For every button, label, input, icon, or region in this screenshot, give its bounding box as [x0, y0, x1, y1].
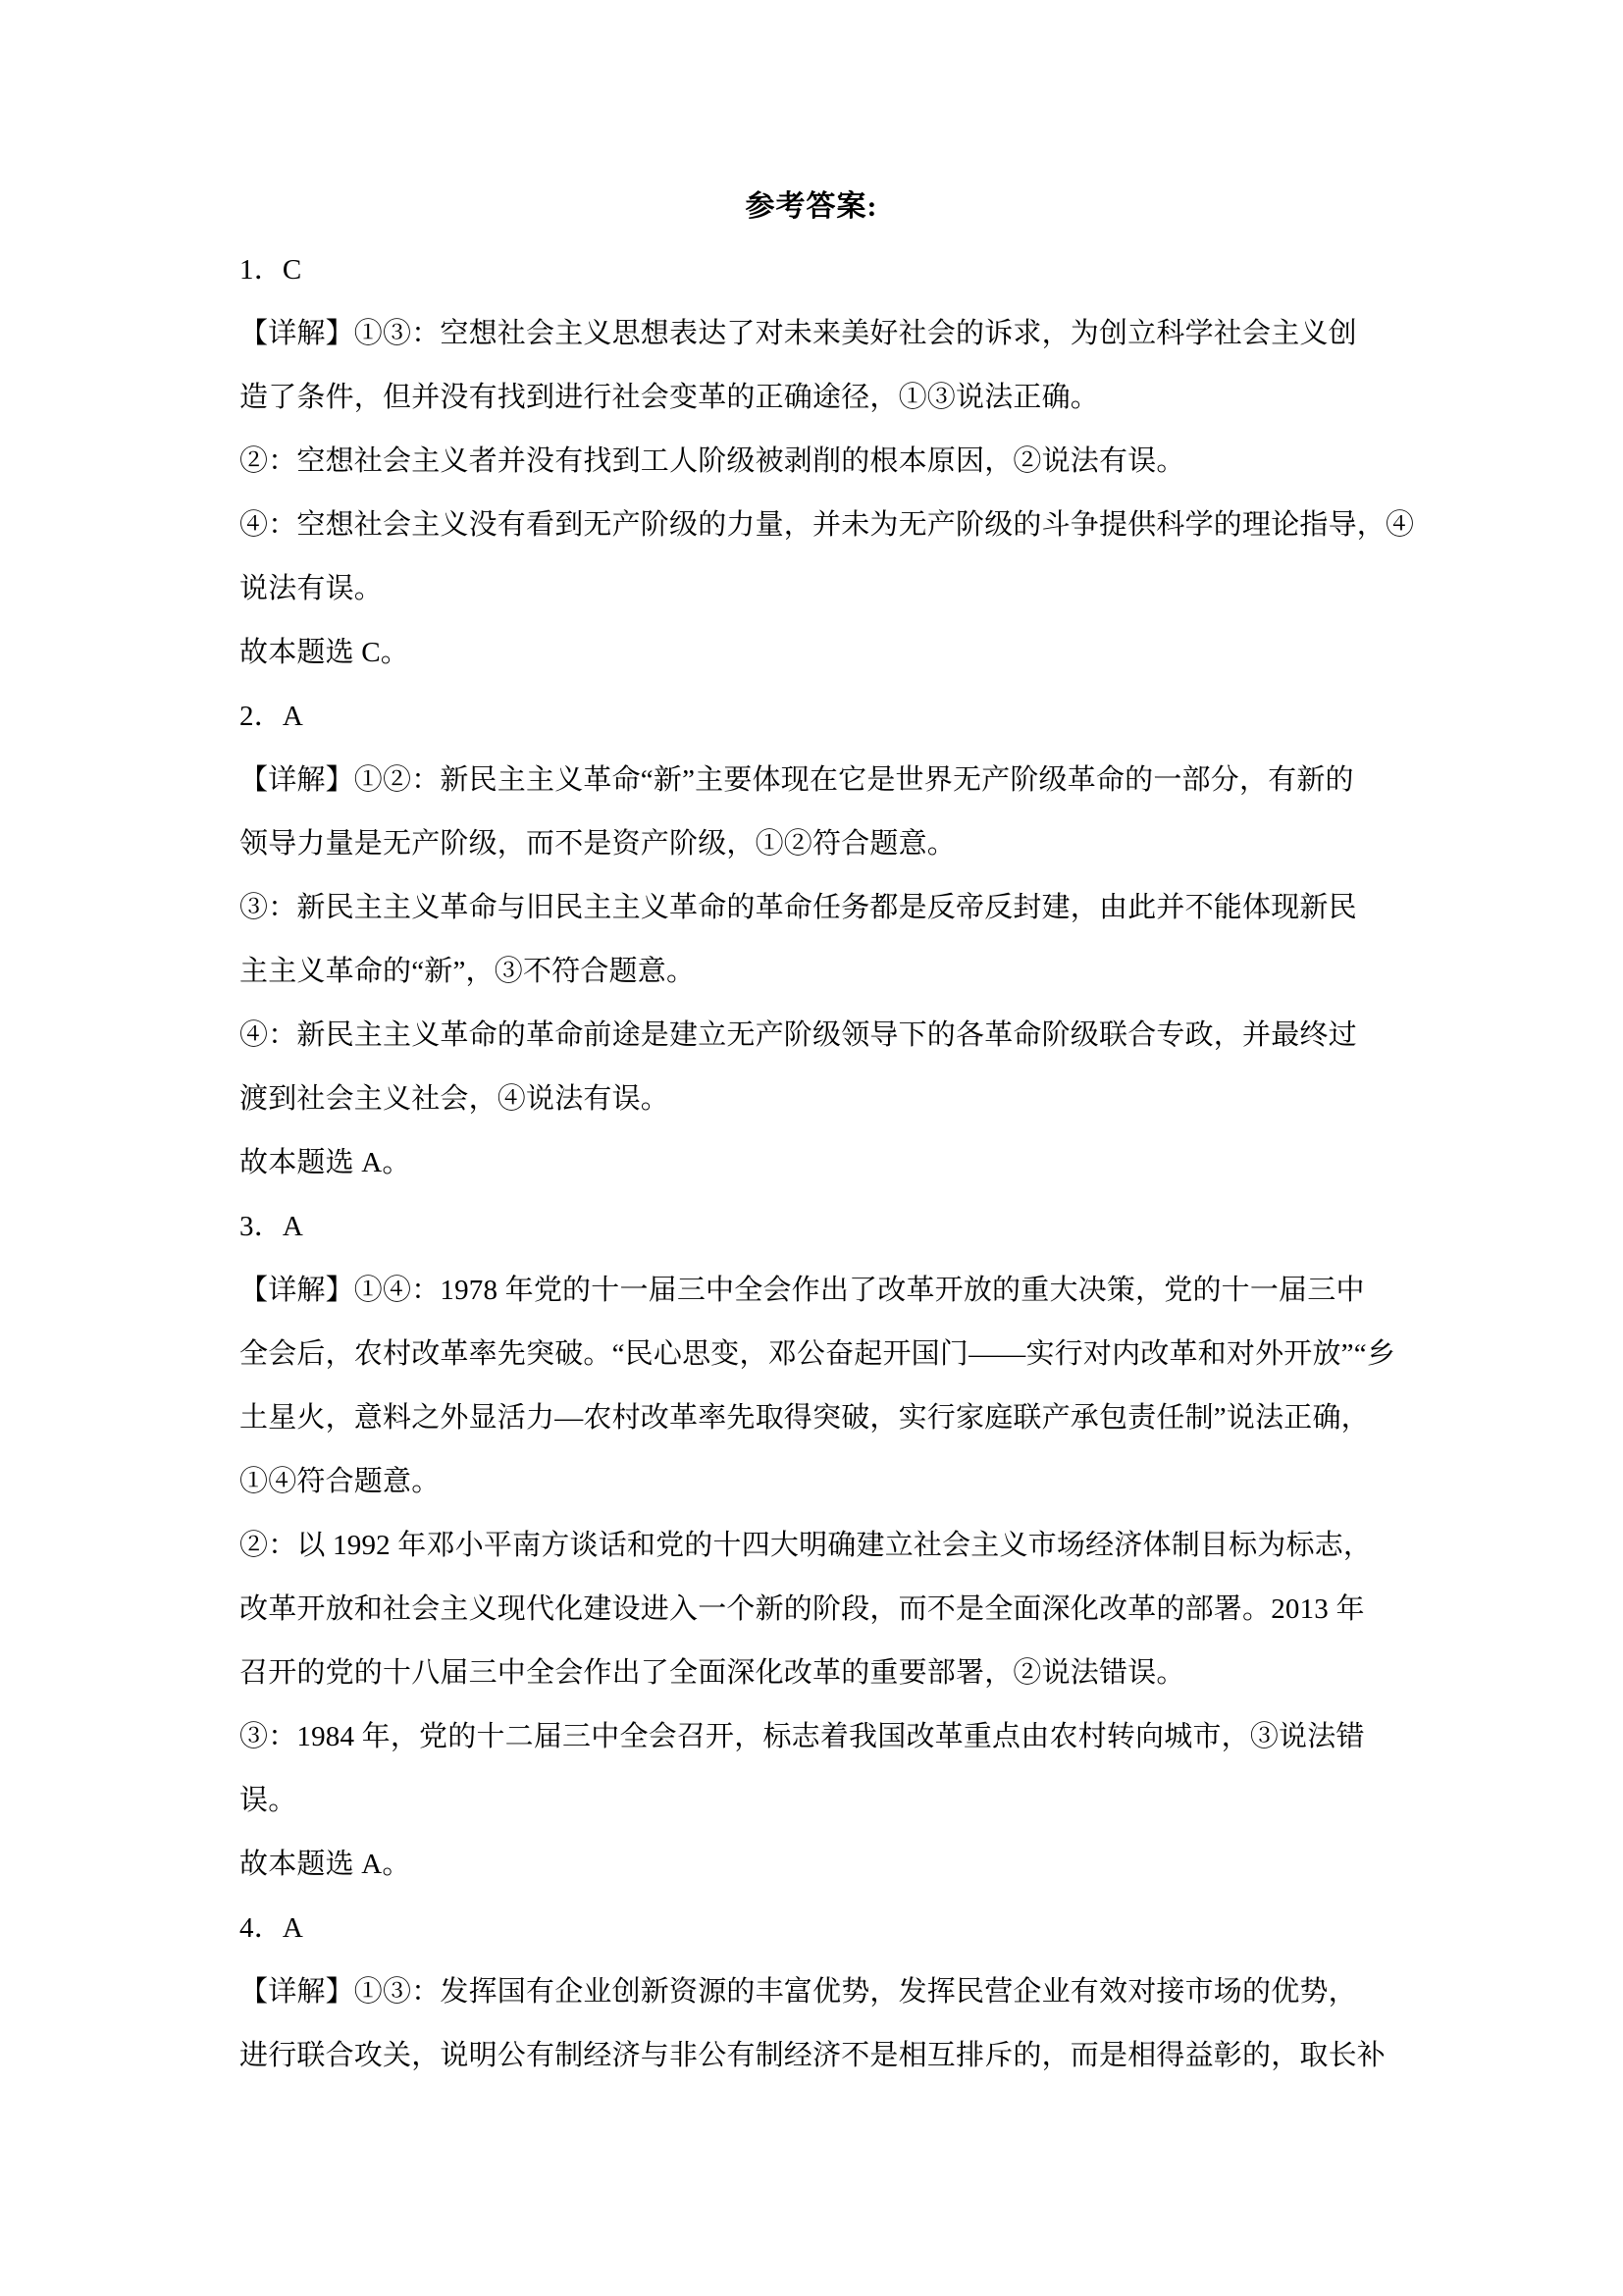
page-title: 参考答案:	[0, 175, 1623, 238]
explanation-line: ①④符合题意。	[239, 1450, 1466, 1514]
explanation-line: 召开的党的十八届三中全会作出了全面深化改革的重要部署，②说法错误。	[239, 1642, 1466, 1705]
explanation-line: ②：以 1992 年邓小平南方谈话和党的十四大明确建立社会主义市场经济体制目标为…	[239, 1514, 1466, 1578]
explanation-line: ④：空想社会主义没有看到无产阶级的力量，并未为无产阶级的斗争提供科学的理论指导，…	[239, 494, 1466, 557]
document-page: 参考答案: 1．C【详解】①③：空想社会主义思想表达了对未来美好社会的诉求，为创…	[0, 0, 1623, 2296]
answer-number: 3．A	[239, 1195, 1466, 1259]
explanation-line: ④：新民主主义革命的革命前途是建立无产阶级领导下的各革命阶级联合专政，并最终过	[239, 1004, 1466, 1068]
explanation-line: 故本题选 C。	[239, 621, 1466, 685]
explanation-line: ③：新民主主义革命与旧民主主义革命的革命任务都是反帝反封建，由此并不能体现新民	[239, 876, 1466, 940]
explanation-line: 【详解】①④：1978 年党的十一届三中全会作出了改革开放的重大决策，党的十一届…	[239, 1259, 1466, 1323]
answer-number: 2．A	[239, 685, 1466, 749]
explanation-line: 【详解】①③：发挥国有企业创新资源的丰富优势，发挥民营企业有效对接市场的优势，	[239, 1960, 1466, 2024]
explanation-line: 【详解】①③：空想社会主义思想表达了对未来美好社会的诉求，为创立科学社会主义创	[239, 302, 1466, 366]
explanation-line: 故本题选 A。	[239, 1833, 1466, 1897]
explanation-line: 土星火，意料之外显活力—农村改革率先取得突破，实行家庭联产承包责任制”说法正确，	[239, 1386, 1466, 1450]
answer-number: 1．C	[239, 238, 1466, 302]
explanation-line: 误。	[239, 1769, 1466, 1833]
explanation-line: 领导力量是无产阶级，而不是资产阶级，①②符合题意。	[239, 812, 1466, 876]
explanation-line: 说法有误。	[239, 557, 1466, 621]
explanation-line: 故本题选 A。	[239, 1131, 1466, 1195]
explanation-line: 主主义革命的“新”，③不符合题意。	[239, 940, 1466, 1004]
explanation-line: 【详解】①②：新民主主义革命“新”主要体现在它是世界无产阶级革命的一部分，有新的	[239, 749, 1466, 812]
explanation-line: ②：空想社会主义者并没有找到工人阶级被剥削的根本原因，②说法有误。	[239, 430, 1466, 494]
explanation-line: 进行联合攻关，说明公有制经济与非公有制经济不是相互排斥的，而是相得益彰的，取长补	[239, 2024, 1466, 2088]
explanation-line: 全会后，农村改革率先突破。“民心思变，邓公奋起开国门——实行对内改革和对外开放”…	[239, 1323, 1466, 1386]
explanation-line: 渡到社会主义社会，④说法有误。	[239, 1068, 1466, 1131]
explanation-line: 改革开放和社会主义现代化建设进入一个新的阶段，而不是全面深化改革的部署。2013…	[239, 1578, 1466, 1642]
answer-list: 1．C【详解】①③：空想社会主义思想表达了对未来美好社会的诉求，为创立科学社会主…	[0, 238, 1623, 2088]
explanation-line: ③：1984 年，党的十二届三中全会召开，标志着我国改革重点由农村转向城市，③说…	[239, 1705, 1466, 1769]
explanation-line: 造了条件，但并没有找到进行社会变革的正确途径，①③说法正确。	[239, 366, 1466, 430]
answer-number: 4．A	[239, 1897, 1466, 1960]
